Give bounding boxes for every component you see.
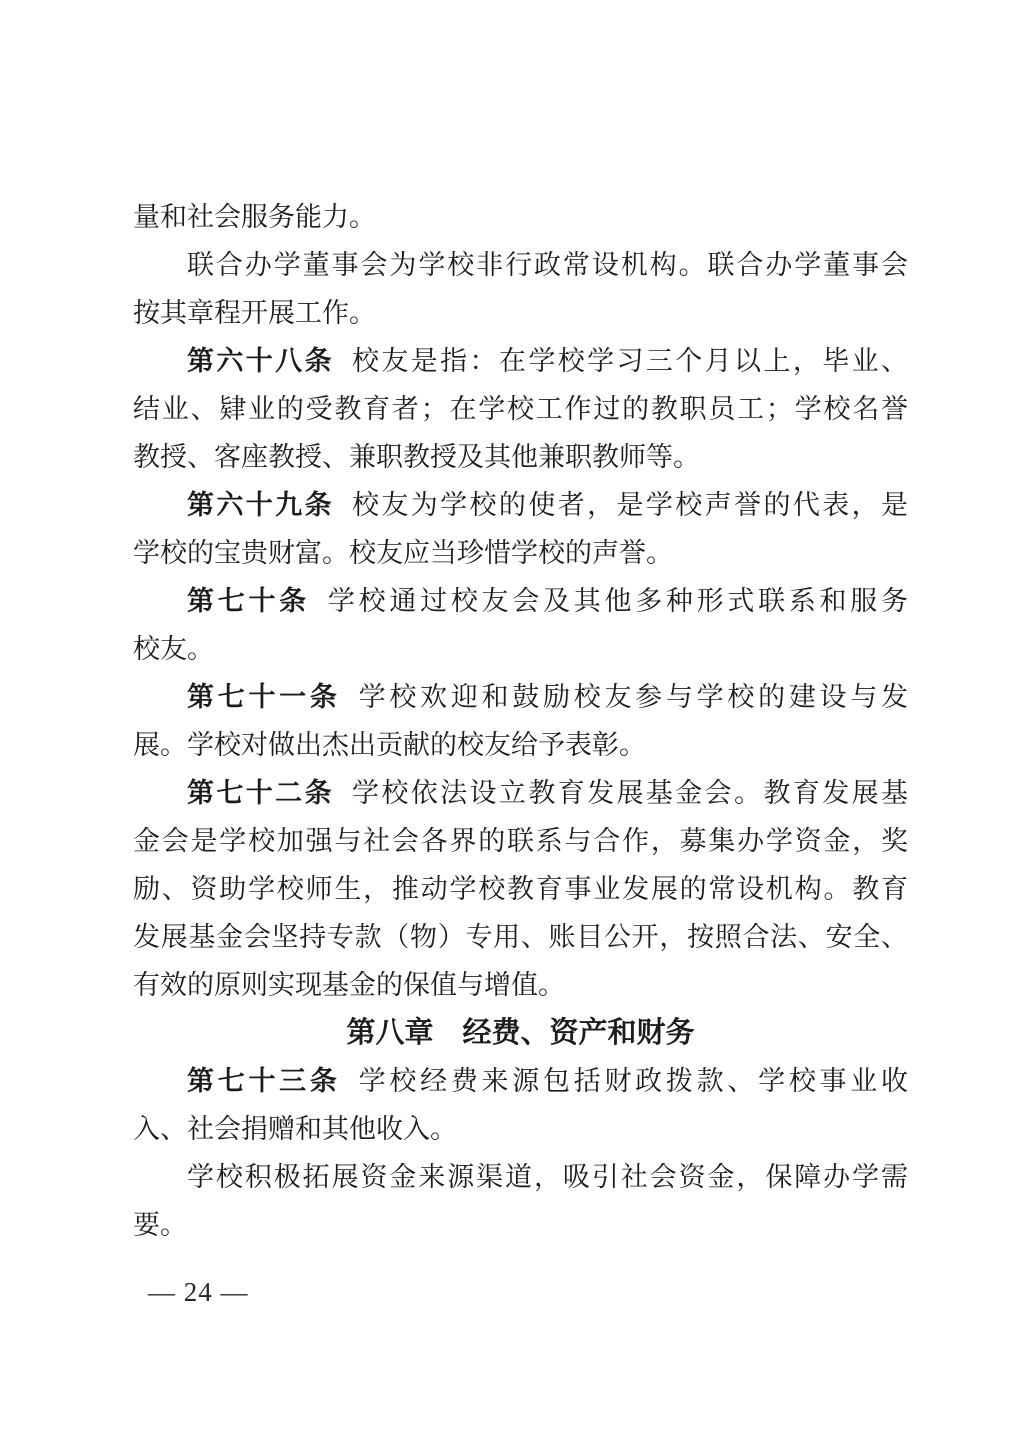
paragraph-line: 第七十三条学校经费来源包括财政拨款、学校事业收 xyxy=(133,1057,908,1105)
paragraph-line: 金会是学校加强与社会各界的联系与合作，募集办学资金，奖 xyxy=(133,817,908,865)
paragraph-line: 有效的原则实现基金的保值与增值。 xyxy=(133,961,908,1009)
line-text: 校友为学校的使者，是学校声誉的代表，是 xyxy=(352,490,908,520)
page-footer: — 24 — xyxy=(148,1272,249,1312)
article-number: 第七十三条 xyxy=(187,1066,341,1096)
paragraph-line: 量和社会服务能力。 xyxy=(133,193,908,241)
paragraph-line: 第七十一条学校欢迎和鼓励校友参与学校的建设与发 xyxy=(133,673,908,721)
page-number: — 24 — xyxy=(148,1277,249,1307)
paragraph-line: 学校积极拓展资金来源渠道，吸引社会资金，保障办学需 xyxy=(133,1153,908,1201)
chapter-heading: 第八章 经费、资产和财务 xyxy=(133,1009,908,1057)
paragraph-line: 按其章程开展工作。 xyxy=(133,289,908,337)
paragraph-line: 教授、客座教授、兼职教授及其他兼职教师等。 xyxy=(133,433,908,481)
paragraph-line: 展。学校对做出杰出贡献的校友给予表彰。 xyxy=(133,721,908,769)
paragraph-line: 第六十八条校友是指：在学校学习三个月以上，毕业、 xyxy=(133,337,908,385)
article-number: 第七十条 xyxy=(187,586,310,616)
document-body: 量和社会服务能力。联合办学董事会为学校非行政常设机构。联合办学董事会按其章程开展… xyxy=(133,193,908,1249)
line-text: 学校欢迎和鼓励校友参与学校的建设与发 xyxy=(359,682,908,712)
paragraph-line: 学校的宝贵财富。校友应当珍惜学校的声誉。 xyxy=(133,529,908,577)
line-text: 学校通过校友会及其他多种形式联系和服务 xyxy=(328,586,908,616)
paragraph-line: 要。 xyxy=(133,1201,908,1249)
line-text: 校友是指：在学校学习三个月以上，毕业、 xyxy=(352,346,908,376)
line-text: 学校经费来源包括财政拨款、学校事业收 xyxy=(359,1066,908,1096)
article-number: 第六十八条 xyxy=(187,346,334,376)
article-number: 第六十九条 xyxy=(187,490,334,520)
paragraph-line: 结业、肄业的受教育者；在学校工作过的教职员工；学校名誉 xyxy=(133,385,908,433)
document-page: 量和社会服务能力。联合办学董事会为学校非行政常设机构。联合办学董事会按其章程开展… xyxy=(0,0,1024,1448)
article-number: 第七十一条 xyxy=(187,682,341,712)
paragraph-line: 联合办学董事会为学校非行政常设机构。联合办学董事会 xyxy=(133,241,908,289)
paragraph-line: 校友。 xyxy=(133,625,908,673)
paragraph-line: 第七十条学校通过校友会及其他多种形式联系和服务 xyxy=(133,577,908,625)
paragraph-line: 第六十九条校友为学校的使者，是学校声誉的代表，是 xyxy=(133,481,908,529)
paragraph-line: 第七十二条学校依法设立教育发展基金会。教育发展基 xyxy=(133,769,908,817)
paragraph-line: 发展基金会坚持专款（物）专用、账目公开，按照合法、安全、 xyxy=(133,913,908,961)
paragraph-line: 励、资助学校师生，推动学校教育事业发展的常设机构。教育 xyxy=(133,865,908,913)
article-number: 第七十二条 xyxy=(187,778,334,808)
line-text: 学校依法设立教育发展基金会。教育发展基 xyxy=(352,778,908,808)
paragraph-line: 入、社会捐赠和其他收入。 xyxy=(133,1105,908,1153)
